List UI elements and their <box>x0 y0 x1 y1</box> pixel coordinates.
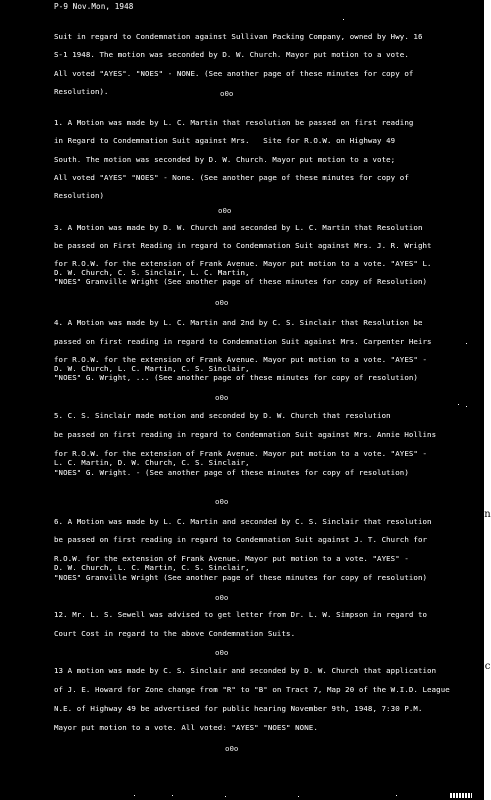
section-separator: o0o <box>225 744 238 753</box>
section-5-line-1: 5. C. S. Sinclair made motion and second… <box>54 411 391 420</box>
edge-glyph-n: n <box>484 510 491 520</box>
section-4-line-4: D. W. Church, L. C. Martin, C. S. Sincla… <box>54 364 250 373</box>
section-1-line-4: All voted "AYES" "NOES" - None. (See ano… <box>54 173 409 182</box>
scan-speck <box>343 19 344 20</box>
edge-glyph-c: c <box>484 662 491 672</box>
section-1-line-5: Resolution) <box>54 191 104 200</box>
scan-speck <box>466 406 467 407</box>
section-separator: o0o <box>215 393 228 402</box>
section-3-line-3: for R.O.W. for the extension of Frank Av… <box>54 259 432 268</box>
section-6-line-1: 6. A Motion was made by L. C. Martin and… <box>54 517 432 526</box>
section-3-line-4: D. W. Church, C. S. Sinclair, L. C. Mart… <box>54 268 250 277</box>
section-separator: o0o <box>215 648 228 657</box>
section-separator: o0o <box>215 298 228 307</box>
intro-line-2: S-1 1948. The motion was seconded by D. … <box>54 50 409 59</box>
section-1-line-1: 1. A Motion was made by L. C. Martin tha… <box>54 118 413 127</box>
section-13-line-1: 13 A motion was made by C. S. Sinclair a… <box>54 666 436 675</box>
section-3-line-2: be passed on First Reading in regard to … <box>54 241 432 250</box>
section-13-line-2: of J. E. Howard for Zone change from "R"… <box>54 685 450 694</box>
section-5-line-2: be passed on first reading in regard to … <box>54 430 436 439</box>
section-separator: o0o <box>215 497 228 506</box>
section-separator: o0o <box>218 206 231 215</box>
section-4-line-1: 4. A Motion was made by L. C. Martin and… <box>54 318 423 327</box>
section-1-line-3: South. The motion was seconded by D. W. … <box>54 155 395 164</box>
scan-speck <box>172 795 173 796</box>
section-13-line-3: N.E. of Highway 49 be advertised for pub… <box>54 704 423 713</box>
section-5-line-3: for R.O.W. for the extension of Frank Av… <box>54 449 427 458</box>
scan-speck <box>134 795 135 796</box>
section-3-line-1: 3. A Motion was made by D. W. Church and… <box>54 223 423 232</box>
scan-speck <box>458 404 459 405</box>
section-4-line-5: "NOES" G. Wright, ... (See another page … <box>54 373 418 382</box>
section-3-line-5: "NOES" Granville Wright (See another pag… <box>54 277 427 286</box>
section-1-line-2: in Regard to Condemnation Suit against M… <box>54 136 395 145</box>
intro-line-3: All voted "AYES". "NOES" - NONE. (See an… <box>54 69 413 78</box>
scanned-document-page: P-9 Nov.Mon, 1948 Suit in regard to Cond… <box>0 0 484 800</box>
section-6-line-3: R.O.W. for the extension of Frank Avenue… <box>54 554 413 563</box>
scan-speck <box>225 796 226 797</box>
section-12-line-1: 12. Mr. L. S. Sewell was advised to get … <box>54 610 427 619</box>
section-12-line-2: Court Cost in regard to the above Condem… <box>54 629 295 638</box>
scan-speck <box>298 796 299 797</box>
section-4-line-2: passed on first reading in regard to Con… <box>54 337 432 346</box>
section-6-line-5: "NOES" Granville Wright (See another pag… <box>54 573 427 582</box>
section-5-line-5: "NOES" G. Wright. - (See another page of… <box>54 468 409 477</box>
intro-line-1: Suit in regard to Condemnation against S… <box>54 32 423 41</box>
scan-speck <box>466 343 467 344</box>
page-stamp-mark <box>450 793 472 798</box>
section-separator: o0o <box>215 593 228 602</box>
section-4-line-3: for R.O.W. for the extension of Frank Av… <box>54 355 427 364</box>
section-13-line-4: Mayor put motion to a vote. All voted: "… <box>54 723 318 732</box>
section-separator: o0o <box>220 89 233 98</box>
section-6-line-2: be passed on first reading in regard to … <box>54 535 427 544</box>
scan-speck <box>396 795 397 796</box>
section-5-line-4: L. C. Martin, D. W. Church, C. S. Sincla… <box>54 458 250 467</box>
section-6-line-4: D. W. Church, L. C. Martin, C. S. Sincla… <box>54 563 250 572</box>
intro-line-4: Resolution). <box>54 87 109 96</box>
scan-edge-strip <box>484 0 491 800</box>
page-header: P-9 Nov.Mon, 1948 <box>54 2 133 11</box>
